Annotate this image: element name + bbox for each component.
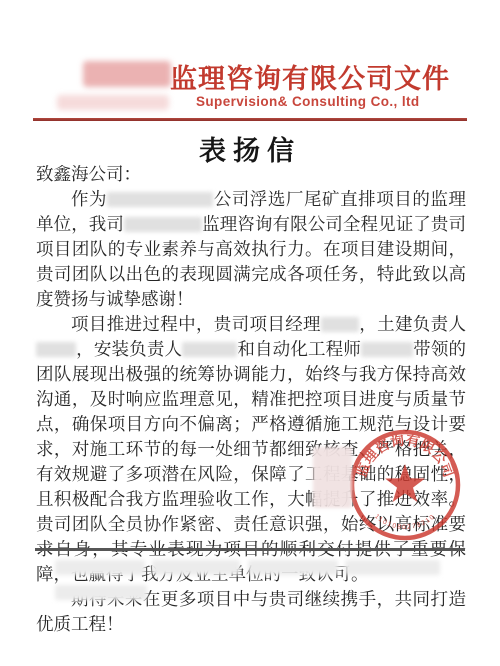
org-name-en-redaction [57, 95, 169, 110]
org-name-redaction [83, 61, 171, 87]
redacted-footer-text [248, 560, 338, 575]
greeting: 致鑫海公司： [36, 162, 466, 187]
redacted-text [321, 317, 359, 332]
redacted-text [107, 192, 213, 207]
seal-star-icon [385, 464, 425, 502]
redacted-text [182, 342, 237, 357]
redacted-footer-text [55, 560, 145, 575]
redacted-footer-text [55, 585, 147, 600]
paragraph: 作为公司浮选厂尾矿直排项目的监理单位，我司监理咨询有限公司全程见证了贵司项目团队… [36, 187, 466, 312]
redaction-overlay [313, 447, 352, 508]
svg-text:1101080279210: 1101080279210 [373, 513, 437, 531]
letterhead-divider [33, 118, 467, 121]
seal-serial: 1101080279210 [373, 513, 437, 531]
company-seal-icon: 监理咨询有限公司 1101080279210 [337, 423, 473, 549]
org-name-en: Supervision& Consulting Co., ltd [196, 94, 420, 109]
org-name-cn: 监理咨询有限公司文件 [170, 57, 450, 96]
redacted-footer-text [345, 560, 440, 575]
redacted-text [124, 217, 202, 232]
letter-page: 监理咨询有限公司文件 Supervision& Consulting Co., … [0, 0, 500, 666]
redacted-text [361, 342, 413, 357]
redacted-text [36, 342, 76, 357]
redacted-footer-text [152, 560, 240, 575]
